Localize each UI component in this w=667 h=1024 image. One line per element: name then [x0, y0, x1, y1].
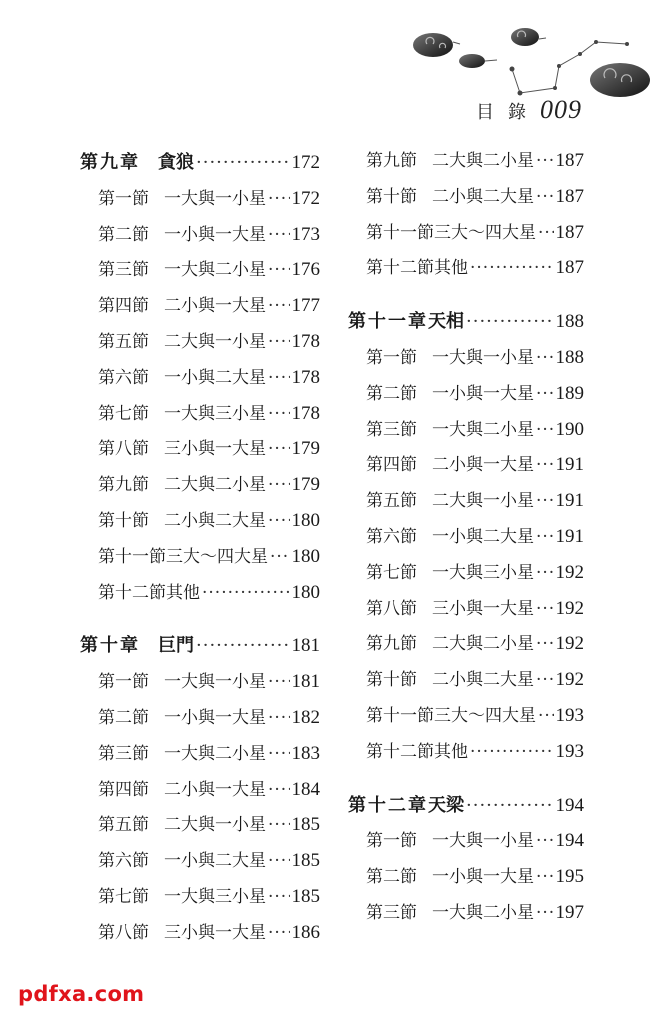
entry-number: 第一節: [98, 667, 164, 692]
entry-number: 第十二節: [98, 578, 166, 603]
entry-title: 一大與一小星: [432, 343, 534, 368]
toc-section-entry[interactable]: 第十一節三大～四大星180: [80, 542, 320, 578]
entry-title: 巨門: [158, 631, 194, 657]
entry-title: 三小與一大星: [164, 918, 266, 943]
entry-title: 一大與二小星: [164, 739, 266, 764]
chapter-spacer: [348, 289, 584, 307]
leader-dots: [268, 439, 290, 459]
toc-section-entry[interactable]: 第三節一大與二小星183: [80, 739, 320, 775]
entry-number: 第十節: [98, 506, 164, 531]
entry-page: 184: [292, 779, 321, 801]
leader-dots: [536, 634, 554, 654]
leader-dots: [470, 258, 554, 278]
entry-page: 185: [292, 886, 321, 908]
entry-number: 第七節: [98, 399, 164, 424]
toc-section-entry[interactable]: 第十一節三大～四大星193: [348, 701, 584, 737]
leader-dots: [268, 296, 290, 316]
entry-number: 第六節: [366, 522, 432, 547]
entry-page: 192: [556, 562, 585, 584]
leader-dots: [536, 563, 554, 583]
entry-page: 193: [556, 705, 585, 727]
entry-number: 第五節: [98, 327, 164, 352]
entry-title: 二小與二大星: [164, 506, 266, 531]
entry-number: 第十二節: [366, 253, 434, 278]
toc-section-entry[interactable]: 第七節一大與三小星178: [80, 399, 320, 435]
page-header: 目 錄 009: [476, 95, 582, 125]
entry-page: 186: [292, 922, 321, 944]
header-title-char: 目: [476, 98, 494, 124]
entry-title: 一小與一大星: [432, 379, 534, 404]
toc-left-column: 第九章貪狼172第一節一大與一小星172第二節一小與一大星173第三節一大與二小…: [80, 148, 320, 954]
entry-page: 192: [556, 669, 585, 691]
entry-title: 二大與一小星: [164, 327, 266, 352]
entry-number: 第五節: [98, 810, 164, 835]
entry-number: 第八節: [366, 594, 432, 619]
leader-dots: [536, 831, 554, 851]
entry-title: 三大～四大星: [166, 542, 268, 567]
entry-number: 第一節: [98, 184, 164, 209]
leader-dots: [536, 599, 554, 619]
entry-number: 第十一章: [348, 307, 428, 333]
leader-dots: [536, 151, 554, 171]
entry-title: 一小與一大星: [164, 220, 266, 245]
toc-section-entry[interactable]: 第三節一大與二小星197: [348, 898, 584, 934]
entry-title: 三小與一大星: [432, 594, 534, 619]
leader-dots: [268, 672, 290, 692]
entry-title: 一小與一大星: [432, 862, 534, 887]
toc-section-entry[interactable]: 第九節二大與二小星187: [348, 146, 584, 182]
entry-number: 第四節: [366, 450, 432, 475]
entry-number: 第二節: [98, 703, 164, 728]
leader-dots: [466, 795, 554, 816]
entry-page: 188: [556, 311, 585, 333]
toc-section-entry[interactable]: 第二節一小與一大星189: [348, 379, 584, 415]
leader-dots: [536, 527, 554, 547]
entry-page: 193: [556, 741, 585, 763]
leader-dots: [270, 547, 290, 567]
toc-section-entry[interactable]: 第十節二小與二大星187: [348, 182, 584, 218]
entry-page: 195: [556, 866, 585, 888]
entry-title: 其他: [434, 737, 468, 762]
entry-number: 第九節: [98, 470, 164, 495]
chapter-spacer: [80, 613, 320, 631]
entry-page: 192: [556, 598, 585, 620]
entry-number: 第十章: [80, 631, 158, 657]
entry-number: 第九節: [366, 629, 432, 654]
entry-title: 一小與一大星: [164, 703, 266, 728]
entry-title: 二小與一大星: [164, 291, 266, 316]
toc-section-entry[interactable]: 第四節二小與一大星177: [80, 291, 320, 327]
toc-section-entry[interactable]: 第八節三小與一大星192: [348, 594, 584, 630]
leader-dots: [536, 455, 554, 475]
entry-number: 第七節: [366, 558, 432, 583]
toc-section-entry[interactable]: 第四節二小與一大星191: [348, 450, 584, 486]
toc-section-entry[interactable]: 第十二節其他193: [348, 737, 584, 773]
toc-section-entry[interactable]: 第一節一大與一小星188: [348, 343, 584, 379]
entry-page: 188: [556, 347, 585, 369]
toc-section-entry[interactable]: 第三節一大與二小星190: [348, 415, 584, 451]
toc-section-entry[interactable]: 第十節二小與二大星192: [348, 665, 584, 701]
leader-dots: [536, 670, 554, 690]
entry-page: 172: [292, 188, 321, 210]
toc-section-entry[interactable]: 第十節二小與二大星180: [80, 506, 320, 542]
leader-dots: [268, 708, 290, 728]
entry-title: 二大與一小星: [164, 810, 266, 835]
leader-dots: [202, 583, 290, 603]
entry-page: 185: [292, 850, 321, 872]
entry-title: 三大～四大星: [434, 218, 536, 243]
leader-dots: [538, 223, 554, 243]
entry-title: 二大與一小星: [432, 486, 534, 511]
entry-title: 貪狼: [158, 148, 194, 174]
entry-number: 第六節: [98, 846, 164, 871]
toc-section-entry[interactable]: 第一節一大與一小星194: [348, 826, 584, 862]
entry-page: 192: [556, 633, 585, 655]
entry-page: 178: [292, 367, 321, 389]
entry-page: 194: [556, 830, 585, 852]
toc-section-entry[interactable]: 第八節三小與一大星179: [80, 434, 320, 470]
toc-section-entry[interactable]: 第八節三小與一大星186: [80, 918, 320, 954]
entry-number: 第四節: [98, 291, 164, 316]
leader-dots: [268, 815, 290, 835]
chapter-spacer: [348, 773, 584, 791]
toc-chapter-entry[interactable]: 第十章巨門181: [80, 631, 320, 667]
leader-dots: [538, 706, 554, 726]
entry-title: 三小與一大星: [164, 434, 266, 459]
leader-dots: [470, 742, 554, 762]
entry-page: 180: [292, 582, 321, 604]
toc-section-entry[interactable]: 第六節一小與二大星178: [80, 363, 320, 399]
entry-page: 179: [292, 474, 321, 496]
entry-page: 187: [556, 186, 585, 208]
entry-number: 第六節: [98, 363, 164, 388]
entry-page: 172: [292, 152, 321, 174]
entry-title: 二小與一大星: [432, 450, 534, 475]
entry-title: 一小與二大星: [164, 846, 266, 871]
toc-section-entry[interactable]: 第七節一大與三小星192: [348, 558, 584, 594]
entry-title: 二小與一大星: [164, 775, 266, 800]
entry-page: 176: [292, 259, 321, 281]
entry-page: 173: [292, 224, 321, 246]
toc-section-entry[interactable]: 第四節二小與一大星184: [80, 775, 320, 811]
toc-section-entry[interactable]: 第九節二大與二小星192: [348, 629, 584, 665]
toc-section-entry[interactable]: 第十二節其他180: [80, 578, 320, 614]
entry-number: 第九章: [80, 148, 158, 174]
leader-dots: [268, 511, 290, 531]
entry-number: 第十二章: [348, 791, 428, 817]
entry-page: 187: [556, 150, 585, 172]
entry-number: 第三節: [366, 898, 432, 923]
entry-number: 第五節: [366, 486, 432, 511]
entry-number: 第八節: [98, 918, 164, 943]
toc-section-entry[interactable]: 第一節一大與一小星181: [80, 667, 320, 703]
entry-page: 178: [292, 331, 321, 353]
leader-dots: [536, 491, 554, 511]
entry-title: 其他: [166, 578, 200, 603]
entry-number: 第十二節: [366, 737, 434, 762]
cloud-and-constellation-icon: [400, 20, 667, 100]
toc-section-entry[interactable]: 第五節二大與一小星185: [80, 810, 320, 846]
entry-title: 二大與二小星: [164, 470, 266, 495]
leader-dots: [536, 187, 554, 207]
toc-section-entry[interactable]: 第一節一大與一小星172: [80, 184, 320, 220]
toc-section-entry[interactable]: 第五節二大與一小星191: [348, 486, 584, 522]
leader-dots: [268, 404, 290, 424]
watermark: pdfxa.com: [18, 982, 144, 1006]
leader-dots: [268, 923, 290, 943]
toc-section-entry[interactable]: 第六節一小與二大星191: [348, 522, 584, 558]
entry-title: 二大與二小星: [432, 146, 534, 171]
entry-page: 181: [292, 635, 321, 657]
leader-dots: [268, 260, 290, 280]
leader-dots: [268, 851, 290, 871]
leader-dots: [268, 887, 290, 907]
toc-section-entry[interactable]: 第三節一大與二小星176: [80, 255, 320, 291]
leader-dots: [268, 475, 290, 495]
entry-title: 一大與二小星: [432, 415, 534, 440]
leader-dots: [196, 152, 290, 173]
entry-page: 177: [292, 295, 321, 317]
entry-page: 183: [292, 743, 321, 765]
leader-dots: [536, 384, 554, 404]
leader-dots: [268, 225, 290, 245]
entry-title: 一大與二小星: [432, 898, 534, 923]
entry-title: 二小與二大星: [432, 665, 534, 690]
entry-title: 一大與一小星: [432, 826, 534, 851]
entry-number: 第九節: [366, 146, 432, 171]
entry-page: 194: [556, 795, 585, 817]
entry-page: 187: [556, 222, 585, 244]
toc-section-entry[interactable]: 第二節一小與一大星173: [80, 220, 320, 256]
toc-section-entry[interactable]: 第六節一小與二大星185: [80, 846, 320, 882]
entry-number: 第一節: [366, 343, 432, 368]
leader-dots: [196, 635, 290, 656]
entry-page: 178: [292, 403, 321, 425]
toc-chapter-entry[interactable]: 第十一章天相188: [348, 307, 584, 343]
toc-section-entry[interactable]: 第二節一小與一大星182: [80, 703, 320, 739]
entry-page: 191: [556, 454, 585, 476]
entry-page: 180: [292, 546, 321, 568]
entry-title: 一小與二大星: [164, 363, 266, 388]
entry-number: 第二節: [366, 379, 432, 404]
toc-chapter-entry[interactable]: 第九章貪狼172: [80, 148, 320, 184]
leader-dots: [268, 189, 290, 209]
toc-section-entry[interactable]: 第十二節其他187: [348, 253, 584, 289]
entry-number: 第三節: [366, 415, 432, 440]
leader-dots: [268, 332, 290, 352]
toc-section-entry[interactable]: 第五節二大與一小星178: [80, 327, 320, 363]
entry-number: 第四節: [98, 775, 164, 800]
entry-page: 180: [292, 510, 321, 532]
leader-dots: [268, 744, 290, 764]
entry-page: 187: [556, 257, 585, 279]
entry-page: 197: [556, 902, 585, 924]
entry-number: 第二節: [366, 862, 432, 887]
leader-dots: [466, 311, 554, 332]
entry-page: 185: [292, 814, 321, 836]
leader-dots: [536, 867, 554, 887]
entry-title: 天梁: [428, 791, 464, 817]
entry-number: 第十一節: [366, 701, 434, 726]
entry-number: 第三節: [98, 739, 164, 764]
entry-page: 189: [556, 383, 585, 405]
entry-title: 一大與三小星: [164, 399, 266, 424]
toc-right-column: 第九節二大與二小星187第十節二小與二大星187第十一節三大～四大星187第十二…: [348, 146, 584, 934]
entry-title: 天相: [428, 307, 464, 333]
entry-title: 其他: [434, 253, 468, 278]
leader-dots: [536, 420, 554, 440]
page-number: 009: [540, 95, 582, 125]
entry-page: 191: [556, 490, 585, 512]
entry-title: 一大與三小星: [164, 882, 266, 907]
entry-page: 190: [556, 419, 585, 441]
entry-number: 第二節: [98, 220, 164, 245]
entry-page: 179: [292, 438, 321, 460]
entry-page: 182: [292, 707, 321, 729]
toc-section-entry[interactable]: 第十一節三大～四大星187: [348, 218, 584, 254]
entry-number: 第十節: [366, 665, 432, 690]
entry-number: 第三節: [98, 255, 164, 280]
entry-title: 三大～四大星: [434, 701, 536, 726]
entry-number: 第十一節: [98, 542, 166, 567]
entry-number: 第十一節: [366, 218, 434, 243]
entry-page: 191: [556, 526, 585, 548]
entry-title: 一大與二小星: [164, 255, 266, 280]
toc-section-entry[interactable]: 第九節二大與二小星179: [80, 470, 320, 506]
leader-dots: [536, 903, 554, 923]
leader-dots: [268, 780, 290, 800]
entry-title: 一大與三小星: [432, 558, 534, 583]
entry-title: 二大與二小星: [432, 629, 534, 654]
leader-dots: [268, 368, 290, 388]
entry-number: 第十節: [366, 182, 432, 207]
entry-title: 一大與一小星: [164, 184, 266, 209]
entry-title: 一大與一小星: [164, 667, 266, 692]
entry-number: 第七節: [98, 882, 164, 907]
entry-number: 第八節: [98, 434, 164, 459]
leader-dots: [536, 348, 554, 368]
entry-page: 181: [292, 671, 321, 693]
entry-title: 二小與二大星: [432, 182, 534, 207]
entry-number: 第一節: [366, 826, 432, 851]
header-title-char: 錄: [508, 98, 526, 124]
toc-section-entry[interactable]: 第二節一小與一大星195: [348, 862, 584, 898]
toc-chapter-entry[interactable]: 第十二章天梁194: [348, 791, 584, 827]
entry-title: 一小與二大星: [432, 522, 534, 547]
toc-section-entry[interactable]: 第七節一大與三小星185: [80, 882, 320, 918]
